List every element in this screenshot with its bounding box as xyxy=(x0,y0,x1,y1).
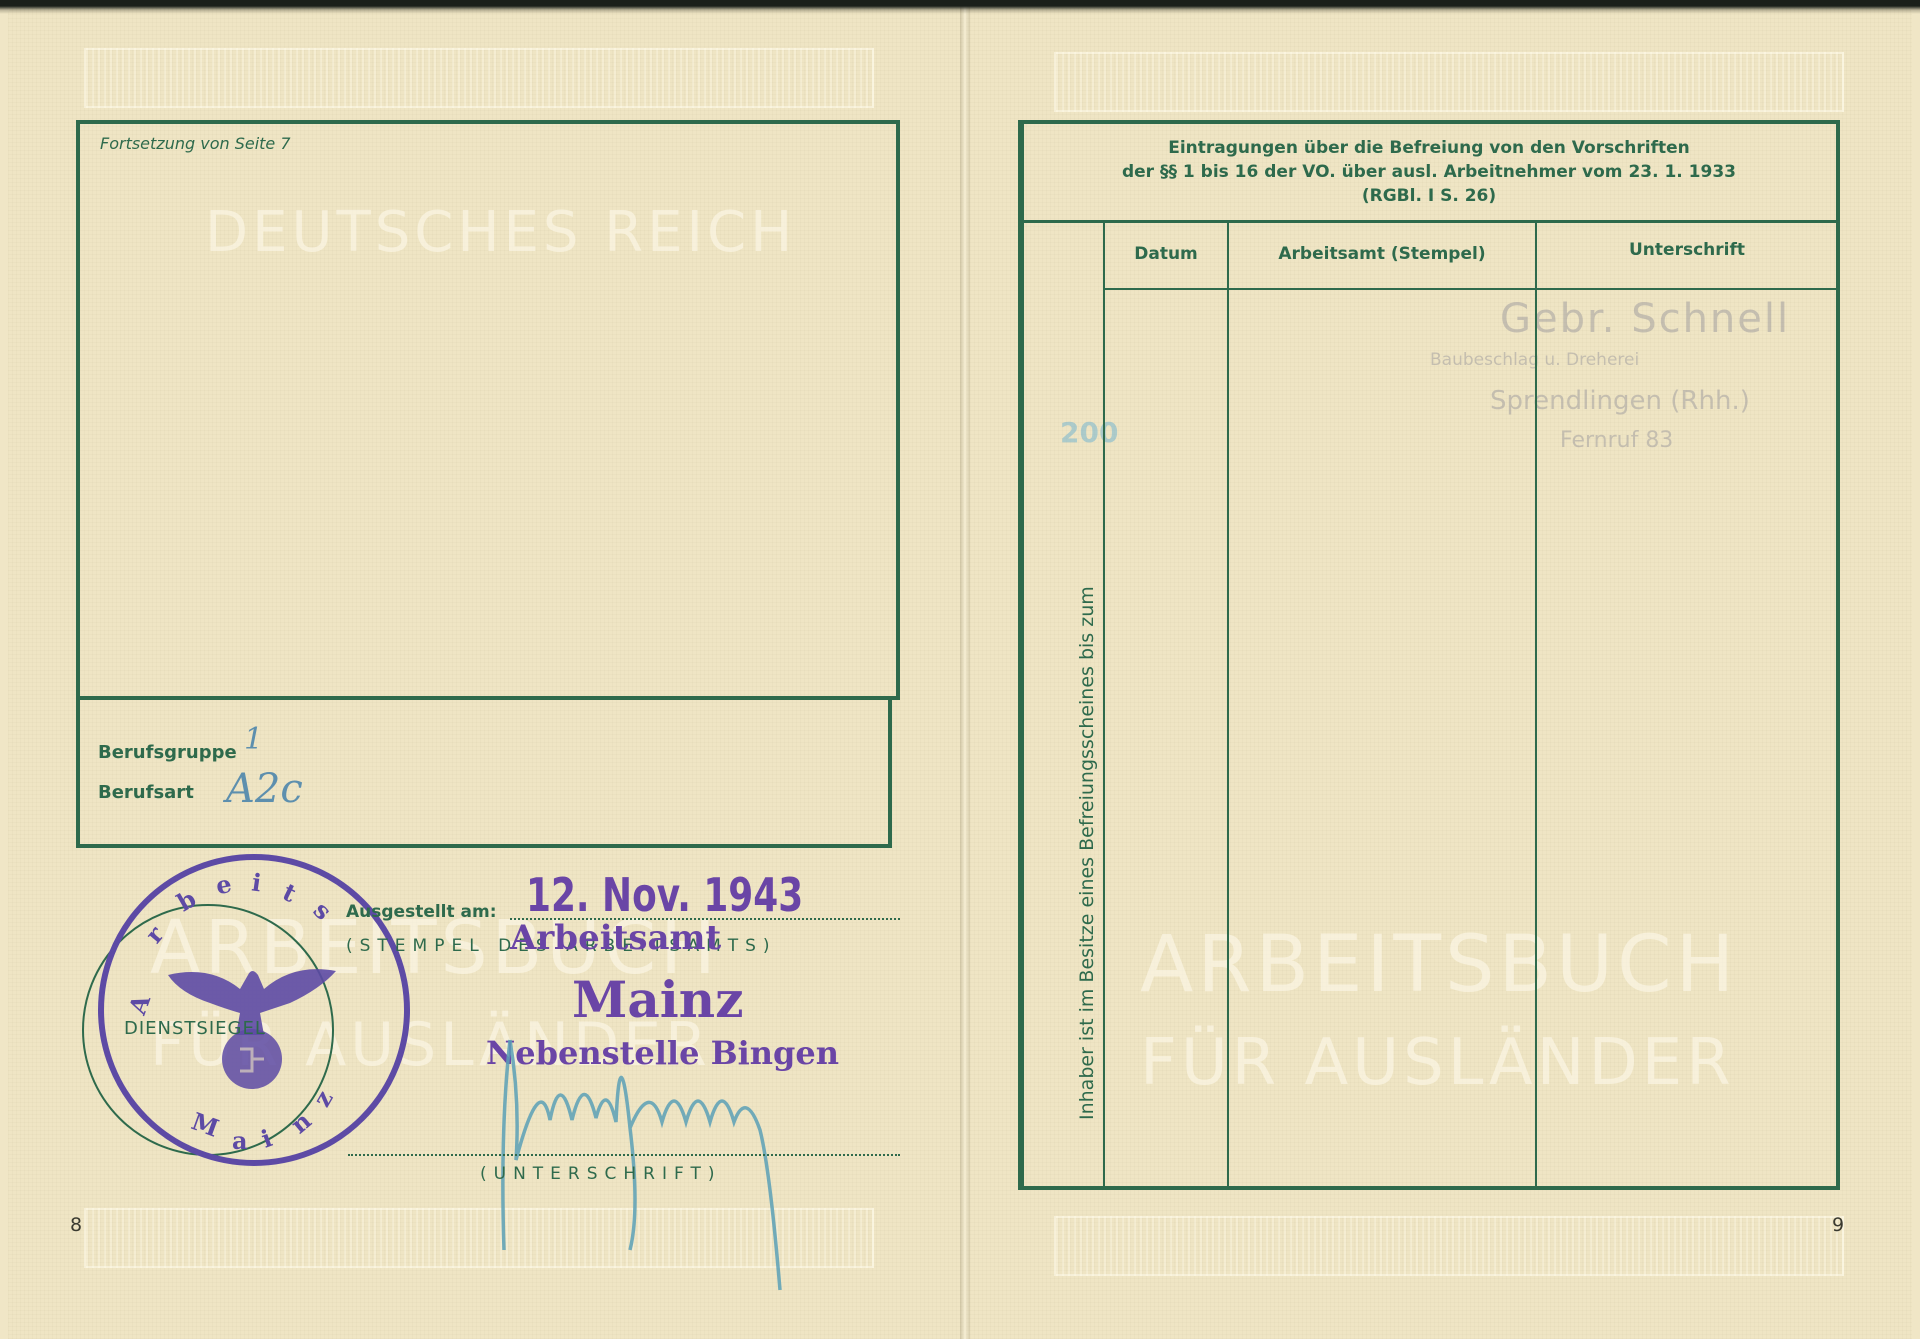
occupation-group-label: Berufsgruppe xyxy=(98,742,237,763)
continuation-note: Fortsetzung von Seite 7 xyxy=(100,134,291,153)
occupation-group-value: 1 xyxy=(244,722,263,757)
table-title-line-3: (RGBl. I S. 26) xyxy=(1018,186,1840,206)
signature-caption: (UNTERSCHRIFT) xyxy=(480,1164,722,1184)
issued-date-stamp: 12. Nov. 1943 xyxy=(526,868,803,922)
column-header-unterschrift: Unterschrift xyxy=(1537,240,1837,260)
emboss-band-top-right xyxy=(1054,52,1844,112)
book-edge-shadow xyxy=(0,0,1920,14)
page-number-right: 9 xyxy=(1832,1214,1844,1236)
side-label-exemption: Inhaber ist im Besitze eines Befreiungss… xyxy=(1076,586,1098,1120)
signature-line xyxy=(348,1154,900,1156)
seal-caption: DIENSTSIEGEL xyxy=(124,1018,266,1039)
column-header-arbeitsamt: Arbeitsamt (Stempel) xyxy=(1229,244,1535,264)
column-divider-arbeitsamt xyxy=(1535,222,1537,1188)
emboss-band-top-left xyxy=(84,48,874,108)
occupation-type-label: Berufsart xyxy=(98,782,194,803)
continuation-box xyxy=(76,120,900,700)
seal-ring-letter: a xyxy=(232,1126,248,1155)
table-title-line-2: der §§ 1 bis 16 der VO. über ausl. Arbei… xyxy=(1018,162,1840,182)
column-divider-side xyxy=(1103,222,1105,1188)
table-header-divider xyxy=(1022,220,1838,223)
occupation-type-value: A2c xyxy=(226,766,303,812)
exemption-table xyxy=(1018,120,1840,1190)
occupation-box xyxy=(76,696,892,848)
page-number-left: 8 xyxy=(70,1214,82,1236)
document-spread: DEUTSCHES REICH ARBEITSBUCH FÜR AUSLÄNDE… xyxy=(0,0,1920,1339)
book-gutter xyxy=(960,0,970,1339)
office-stamp-line-1: Arbeitsamt xyxy=(510,918,721,958)
column-divider-datum xyxy=(1227,222,1229,1188)
emboss-band-bottom-right xyxy=(1054,1216,1844,1276)
column-header-datum: Datum xyxy=(1105,244,1227,264)
table-title-line-1: Eintragungen über die Befreiung von den … xyxy=(1018,138,1840,158)
issued-label: Ausgestellt am: xyxy=(346,902,497,922)
column-header-divider xyxy=(1103,288,1838,290)
